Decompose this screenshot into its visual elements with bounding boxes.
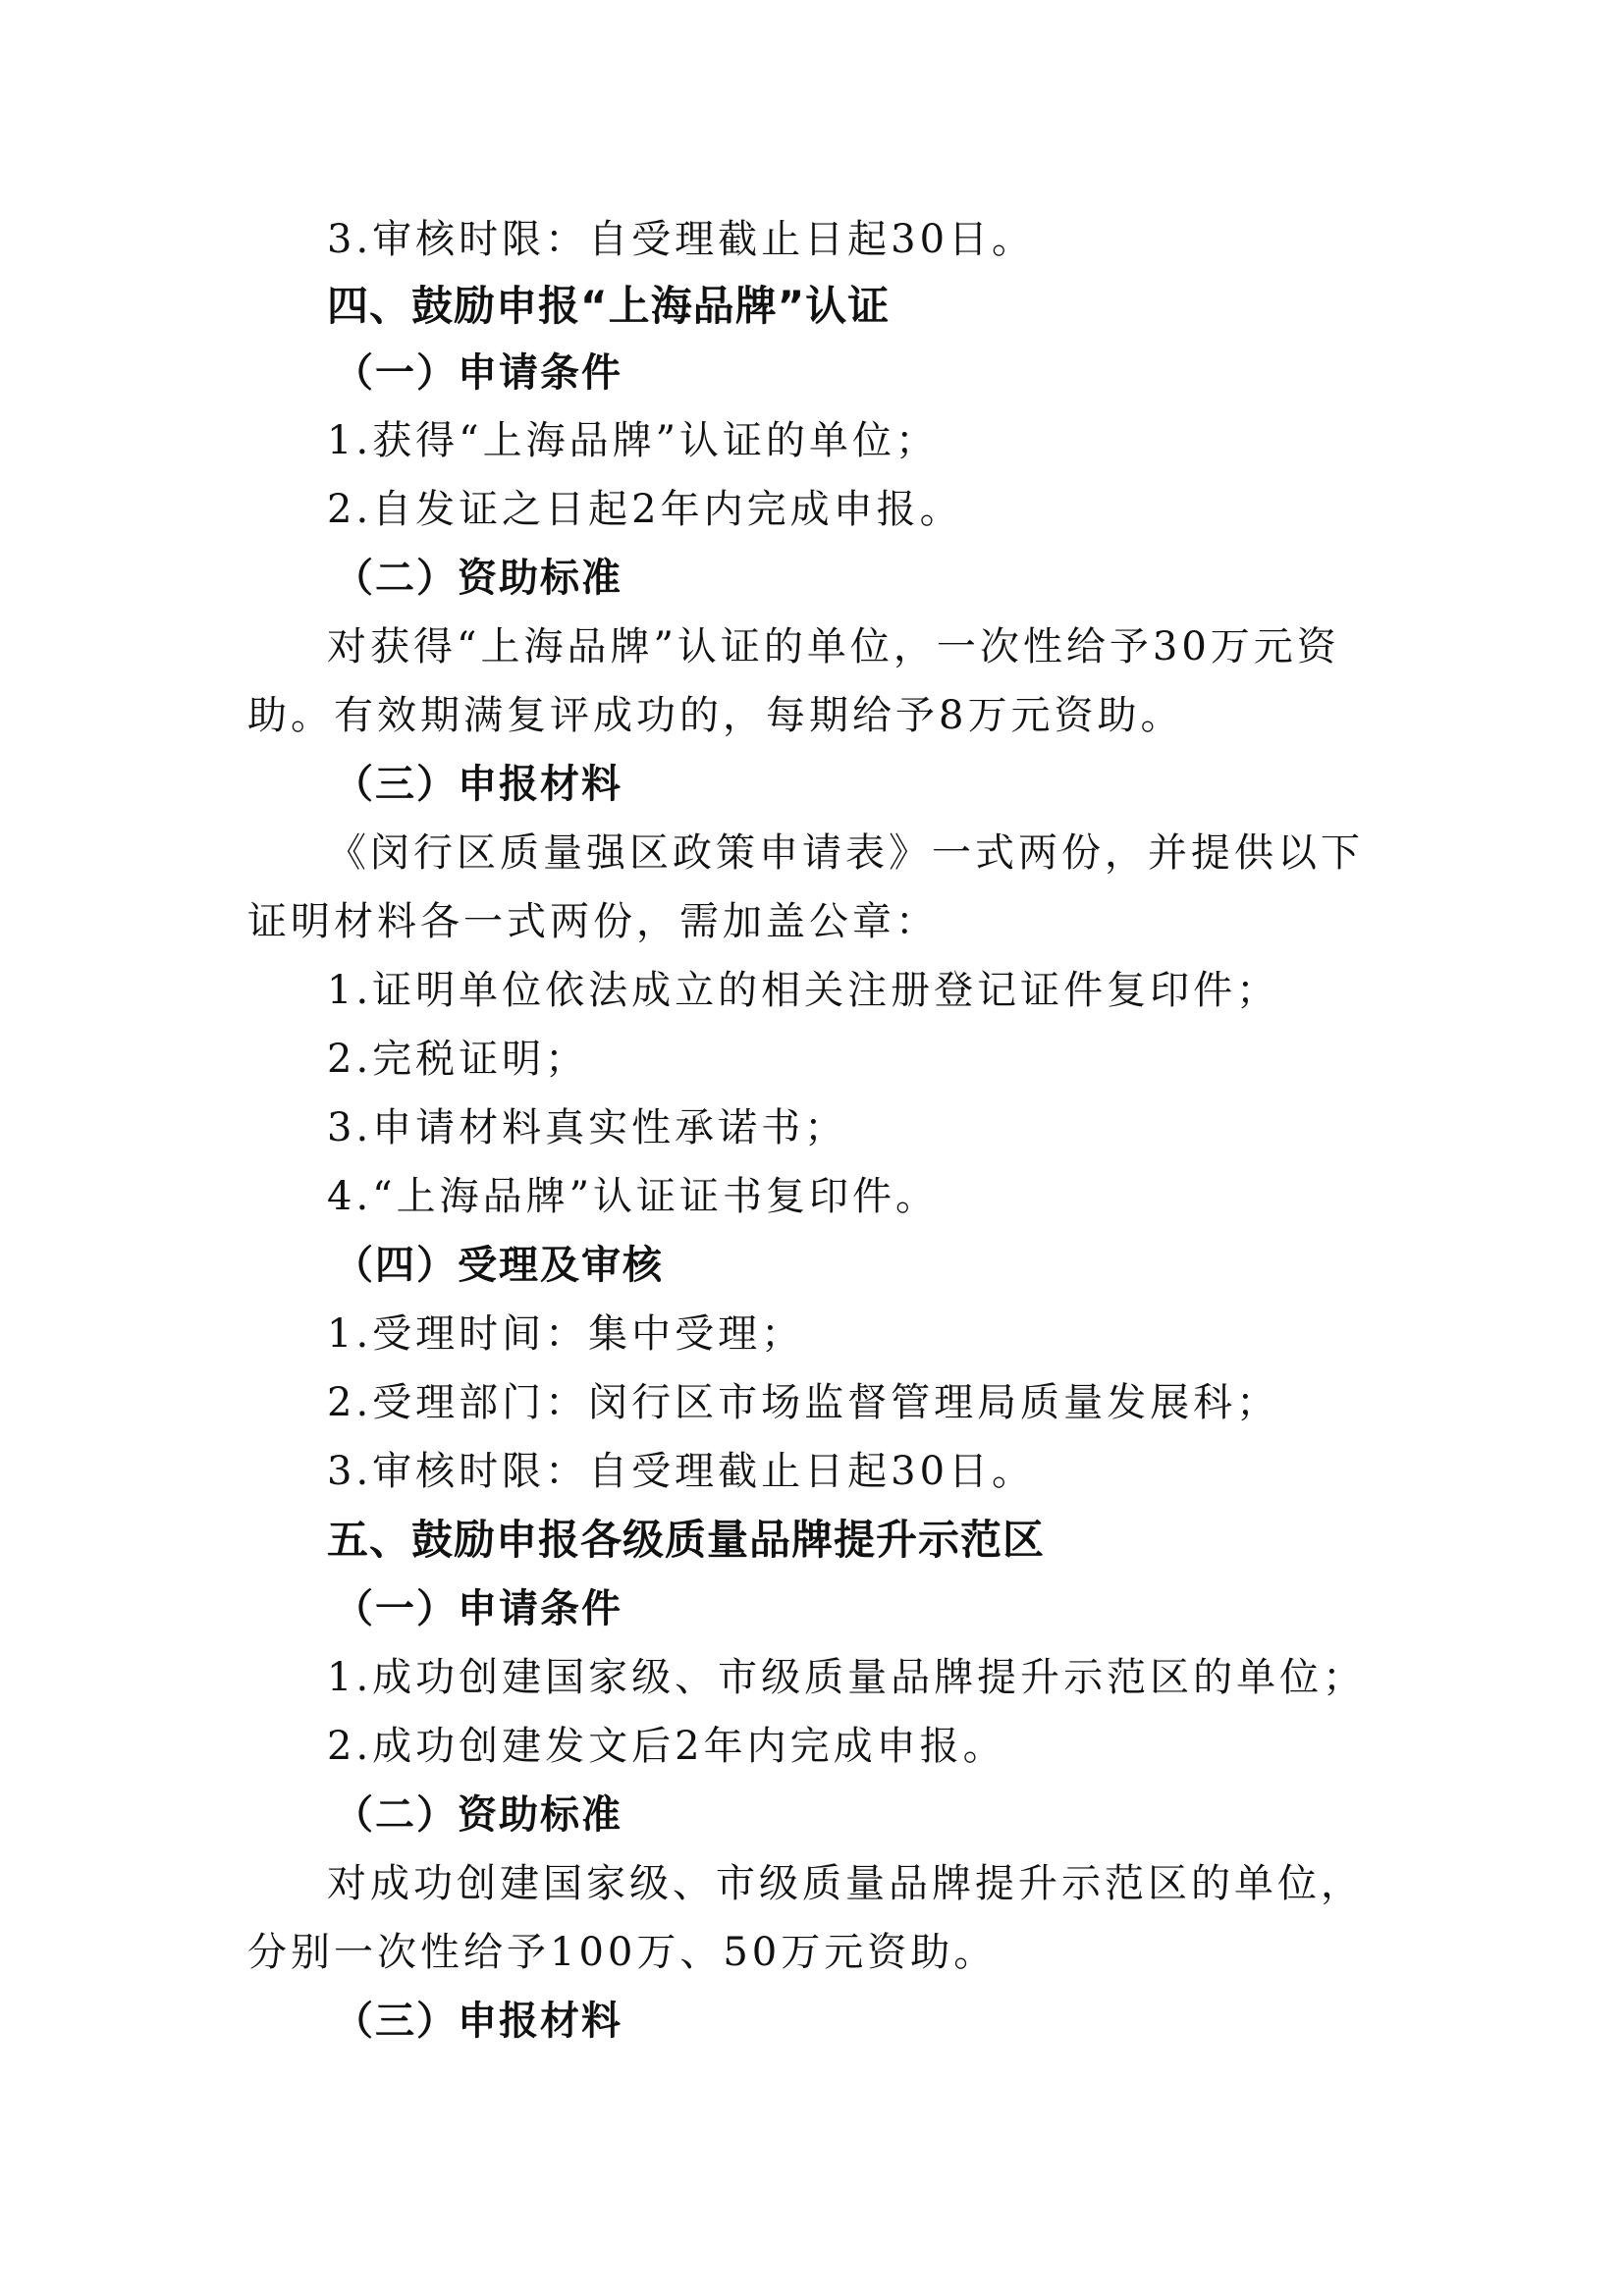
material-item-3: 3.申请材料真实性承诺书； (327, 1104, 847, 1151)
subsection-conditions-heading-2: （一）申请条件 (334, 1585, 623, 1632)
condition-item-1: 1.获得“上海品牌”认证的单位； (327, 417, 939, 464)
material-item-2: 2.完税证明； (327, 1036, 588, 1083)
subsection-materials-heading-2: （三）申报材料 (334, 1998, 623, 2045)
subsection-conditions-heading: （一）申请条件 (334, 349, 623, 397)
section-5-heading: 五、鼓励申报各级质量品牌提升示范区 (327, 1517, 1045, 1564)
funding-paragraph-2-line-2: 分别一次性给予100万、50万元资助。 (247, 1929, 997, 1976)
document-page: 3.审核时限：自受理截止日起30日。 四、鼓励申报“上海品牌”认证 （一）申请条… (0, 0, 1624, 2296)
material-item-1: 1.证明单位依法成立的相关注册登记证件复印件； (327, 967, 1279, 1014)
material-item-4: 4.“上海品牌”认证证书复印件。 (327, 1173, 939, 1220)
condition-item-2b: 2.成功创建发文后2年内完成申报。 (327, 1723, 1006, 1770)
acceptance-item-3: 3.审核时限：自受理截止日起30日。 (327, 1448, 1035, 1495)
subsection-materials-heading: （三）申报材料 (334, 761, 623, 808)
materials-paragraph-line-1: 《闵行区质量强区政策申请表》一式两份，并提供以下 (327, 829, 1364, 877)
subsection-funding-heading: （二）资助标准 (334, 555, 623, 602)
acceptance-item-2: 2.受理部门：闵行区市场监督管理局质量发展科； (327, 1379, 1279, 1426)
condition-item-1b: 1.成功创建国家级、市级质量品牌提升示范区的单位； (327, 1654, 1366, 1701)
acceptance-item-1: 1.受理时间：集中受理； (327, 1310, 804, 1358)
funding-paragraph-line-2: 助。有效期满复评成功的，每期给予8万元资助。 (247, 692, 1183, 739)
review-deadline-item: 3.审核时限：自受理截止日起30日。 (327, 216, 1035, 263)
materials-paragraph-line-2: 证明材料各一式两份，需加盖公章： (247, 898, 939, 945)
funding-paragraph-line-1: 对获得“上海品牌”认证的单位，一次性给予30万元资 (327, 623, 1340, 670)
section-4-heading: 四、鼓励申报“上海品牌”认证 (327, 283, 890, 330)
subsection-funding-heading-2: （二）资助标准 (334, 1791, 623, 1839)
funding-paragraph-2-line-1: 对成功创建国家级、市级质量品牌提升示范区的单位， (327, 1860, 1364, 1907)
condition-item-2: 2.自发证之日起2年内完成申报。 (327, 486, 963, 533)
subsection-acceptance-heading: （四）受理及审核 (334, 1242, 664, 1289)
